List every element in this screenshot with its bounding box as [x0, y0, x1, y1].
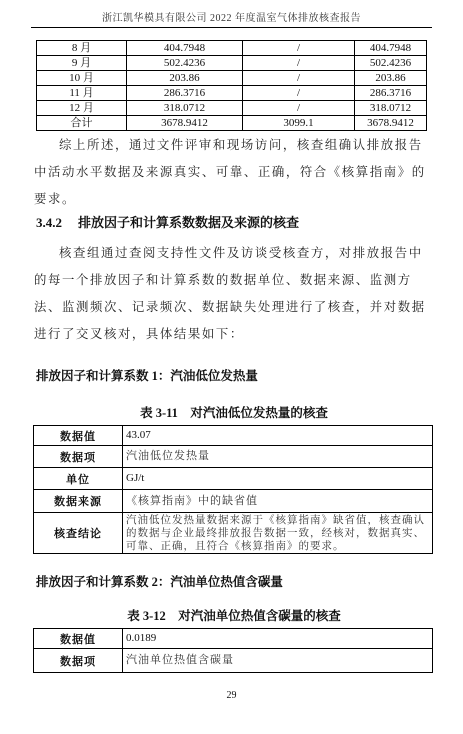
month-cell: 9 月 — [37, 56, 127, 71]
table-row: 11 月 286.3716 / 286.3716 — [37, 86, 427, 101]
table-row: 数据值 43.07 — [34, 426, 433, 446]
factor1-heading: 排放因子和计算系数 1：汽油低位发热量 — [36, 366, 258, 384]
page-number: 29 — [0, 690, 463, 701]
page-header: 浙江凯华模具有限公司 2022 年度温室气体排放核查报告 — [31, 9, 432, 24]
section-number: 3.4.2 — [36, 215, 78, 231]
value-cell: 3678.9412 — [127, 116, 243, 131]
table-row: 核查结论 汽油低位发热量数据来源于《核算指南》缺省值，核查确认的数据与企业最终排… — [34, 513, 433, 554]
row-value: GJ/t — [123, 468, 433, 490]
value-cell: / — [243, 56, 355, 71]
table-row: 数据值 0.0189 — [34, 629, 433, 649]
value-cell: 404.7948 — [355, 41, 427, 56]
table-3-12-caption: 表 3-12 对汽油单位热值含碳量的核查 — [36, 606, 432, 624]
value-cell: 203.86 — [355, 71, 427, 86]
value-cell: 3099.1 — [243, 116, 355, 131]
table-3-11: 数据值 43.07 数据项 汽油低位发热量 单位 GJ/t 数据来源 《核算指南… — [33, 425, 433, 554]
table-row: 数据项 汽油低位发热量 — [34, 446, 433, 468]
value-cell: 318.0712 — [127, 101, 243, 116]
total-label-cell: 合计 — [37, 116, 127, 131]
month-cell: 12 月 — [37, 101, 127, 116]
row-value: 0.0189 — [123, 629, 433, 649]
value-cell: / — [243, 101, 355, 116]
summary-paragraph: 综上所述，通过文件评审和现场访问，核查组确认排放报告中活动水平数据及来源真实、可… — [34, 132, 434, 213]
value-cell: / — [243, 41, 355, 56]
table-row-total: 合计 3678.9412 3099.1 3678.9412 — [37, 116, 427, 131]
row-label: 数据值 — [34, 629, 123, 649]
month-cell: 11 月 — [37, 86, 127, 101]
table-row: 数据来源 《核算指南》中的缺省值 — [34, 490, 433, 513]
table-row: 10 月 203.86 / 203.86 — [37, 71, 427, 86]
value-cell: 502.4236 — [127, 56, 243, 71]
row-value: 43.07 — [123, 426, 433, 446]
monthly-activity-table: 8 月 404.7948 / 404.7948 9 月 502.4236 / 5… — [36, 40, 427, 131]
table-row: 数据项 汽油单位热值含碳量 — [34, 649, 433, 673]
section-heading: 3.4.2排放因子和计算系数数据及来源的核查 — [36, 212, 299, 231]
row-label: 核查结论 — [34, 513, 123, 554]
table-row: 8 月 404.7948 / 404.7948 — [37, 41, 427, 56]
month-cell: 10 月 — [37, 71, 127, 86]
table-row: 单位 GJ/t — [34, 468, 433, 490]
row-label: 数据来源 — [34, 490, 123, 513]
value-cell: / — [243, 71, 355, 86]
value-cell: 404.7948 — [127, 41, 243, 56]
section-title: 排放因子和计算系数数据及来源的核查 — [78, 215, 299, 230]
value-cell: 3678.9412 — [355, 116, 427, 131]
row-value: 汽油低位发热量数据来源于《核算指南》缺省值，核查确认的数据与企业最终排放报告数据… — [123, 513, 433, 554]
row-label: 单位 — [34, 468, 123, 490]
value-cell: 318.0712 — [355, 101, 427, 116]
table-3-11-caption: 表 3-11 对汽油低位发热量的核查 — [36, 403, 432, 421]
month-cell: 8 月 — [37, 41, 127, 56]
row-label: 数据项 — [34, 446, 123, 468]
table-row: 12 月 318.0712 / 318.0712 — [37, 101, 427, 116]
value-cell: 502.4236 — [355, 56, 427, 71]
table-3-12: 数据值 0.0189 数据项 汽油单位热值含碳量 — [33, 628, 433, 673]
row-label: 数据值 — [34, 426, 123, 446]
value-cell: 286.3716 — [355, 86, 427, 101]
value-cell: 203.86 — [127, 71, 243, 86]
row-value: 汽油单位热值含碳量 — [123, 649, 433, 673]
factor2-heading: 排放因子和计算系数 2：汽油单位热值含碳量 — [36, 572, 283, 590]
section-paragraph: 核查组通过查阅支持性文件及访谈受核查方，对排放报告中的每一个排放因子和计算系数的… — [34, 240, 434, 348]
value-cell: 286.3716 — [127, 86, 243, 101]
header-rule — [31, 27, 432, 28]
value-cell: / — [243, 86, 355, 101]
row-label: 数据项 — [34, 649, 123, 673]
row-value: 《核算指南》中的缺省值 — [123, 490, 433, 513]
row-value: 汽油低位发热量 — [123, 446, 433, 468]
table-row: 9 月 502.4236 / 502.4236 — [37, 56, 427, 71]
